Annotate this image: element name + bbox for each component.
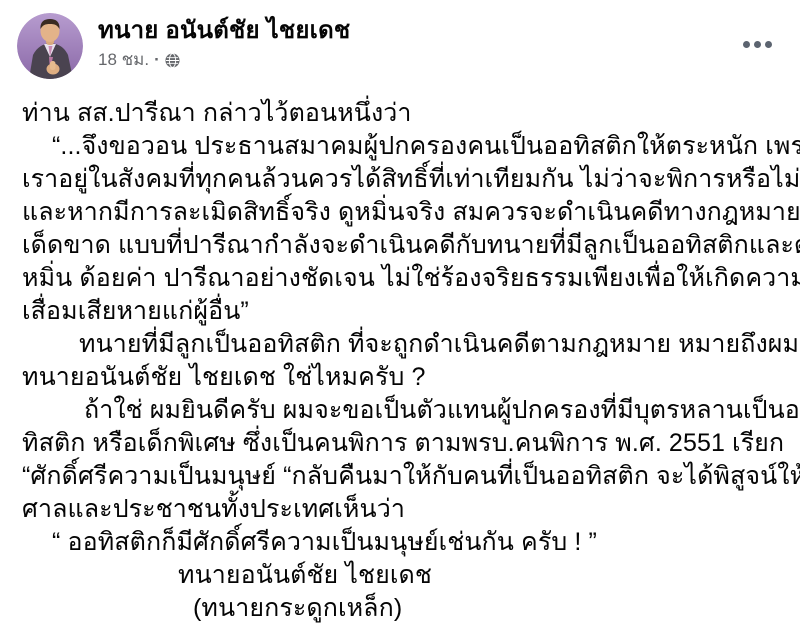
post-text-line: เด็ดขาด แบบที่ปารีณากำลังจะดำเนินคดีกับท… [22, 229, 782, 262]
post-text-line: ศาลและประชาชนทั้งประเทศเห็นว่า [22, 493, 782, 526]
post-meta: 18 ชม. · [98, 50, 737, 70]
post-text-line: “ ออทิสติกก็มีศักดิ์ศรีความเป็นมนุษย์เช่… [22, 526, 782, 559]
post-text-line: ทิสติก หรือเด็กพิเศษ ซึ่งเป็นคนพิการ ตาม… [22, 427, 782, 460]
author-name[interactable]: ทนาย อนันต์ชัย ไชยเดช [98, 16, 737, 46]
globe-public-icon [165, 53, 180, 68]
post-text-line: (ทนายกระดูกเหล็ก) [22, 592, 782, 625]
post-text-line: ท่าน สส.ปารีณา กล่าวไว้ตอนหนึ่งว่า [22, 97, 782, 130]
post-text-line: เสื่อมเสียหายแก่ผู้อื่น” [22, 295, 782, 328]
ellipsis-icon [765, 41, 772, 48]
post-text-line: “...จึงขอวอน ประธานสมาคมผู้ปกครองคนเป็นอ… [22, 130, 782, 163]
profile-photo [17, 13, 83, 79]
ellipsis-icon [754, 41, 761, 48]
post-text-line: ทนายที่มีลูกเป็นออทิสติก ที่จะถูกดำเนินค… [22, 328, 782, 361]
post-text-line: และหากมีการละเมิดสิทธิ์จริง ดูหมิ่นจริง … [22, 196, 782, 229]
more-options-button[interactable] [737, 35, 778, 54]
post-text-line: เราอยู่ในสังคมที่ทุกคนล้วนควรได้สิทธิ์ที… [22, 163, 782, 196]
post-text-line: ทนายอนันต์ชัย ไชยเดช [22, 559, 782, 592]
facebook-post: ทนาย อนันต์ชัย ไชยเดช 18 ชม. · ท่าน สส.ป… [0, 0, 800, 640]
post-text-line: หมิ่น ด้อยค่า ปารีณาอย่างชัดเจน ไม่ใช่ร้… [22, 262, 782, 295]
timestamp[interactable]: 18 ชม. [98, 50, 149, 70]
post-header: ทนาย อนันต์ชัย ไชยเดช 18 ชม. · [0, 0, 800, 92]
post-content: ท่าน สส.ปารีณา กล่าวไว้ตอนหนึ่งว่า“...จึ… [0, 92, 800, 625]
post-text-line: ถ้าใช่ ผมยินดีครับ ผมจะขอเป็นตัวแทนผู้ปก… [22, 394, 782, 427]
header-text: ทนาย อนันต์ชัย ไชยเดช 18 ชม. · [98, 13, 737, 70]
ellipsis-icon [743, 41, 750, 48]
post-text-line: “ศักดิ์ศรีความเป็นมนุษย์ “กลับคืนมาให้กั… [22, 460, 782, 493]
meta-separator: · [154, 50, 160, 70]
avatar[interactable] [17, 13, 83, 79]
post-text-line: ทนายอนันต์ชัย ไชยเดช ใช่ไหมครับ ? [22, 361, 782, 394]
